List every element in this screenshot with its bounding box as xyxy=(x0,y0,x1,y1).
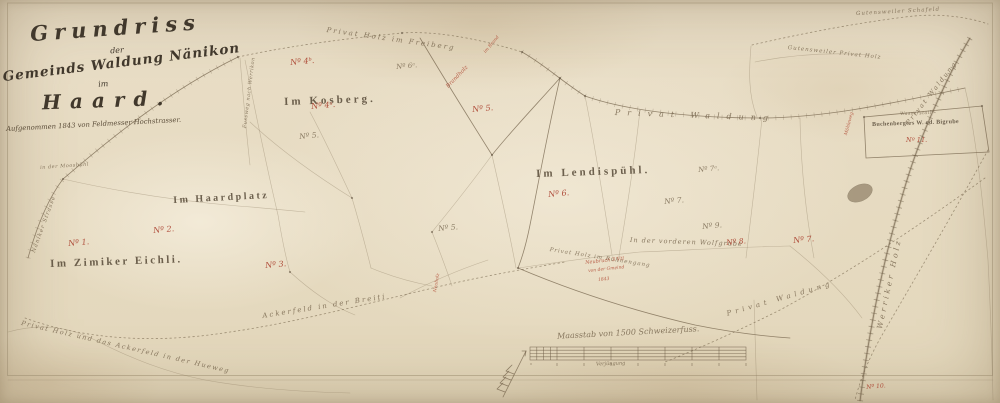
note-neubruch-3: 1843 xyxy=(598,278,610,284)
note-brand-upper: im Brand xyxy=(484,36,501,55)
road-label-gutensweiler-privat-holz: Gutensweiler Privat Holz xyxy=(787,46,881,61)
note-brandholz: Brandholz xyxy=(446,65,470,89)
parcel-number-4b: Nº 4ᵇ. xyxy=(290,57,315,67)
labels-layer: Im Kosberg.Im HaardplatzIm Lendispühl.Im… xyxy=(0,0,1000,403)
parcel-number-11: Nº 11. xyxy=(906,137,927,144)
parcel-number-7: Nº 7. xyxy=(664,196,684,205)
note-muhleweg: Mühleweg xyxy=(845,112,856,136)
road-label-breiti: Ackerfeld in der Breiti xyxy=(262,293,387,320)
parcel-number-5-red: Nº 5. xyxy=(472,104,494,114)
area-label-zimiker-eichli: Im Zimiker Eichli. xyxy=(50,254,183,270)
road-label-naniker-strasse: Näniker Strasse xyxy=(32,195,58,253)
parcel-number-4a: Nº 4ᵃ. xyxy=(311,101,336,111)
parcel-number-10: Nº 10. xyxy=(866,383,886,391)
parcel-number-1: Nº 1. xyxy=(68,238,90,248)
road-label-gutensweiler-schafeld: Gutensweiler Schafeld xyxy=(856,8,940,18)
parcel-number-6: Nº 6. xyxy=(548,189,570,199)
area-label-haardplatz: Im Haardplatz xyxy=(173,191,270,206)
parcel-number-7a: Nº 7ᵃ. xyxy=(698,165,719,174)
note-neubruch-2: von der Gmeind xyxy=(588,266,625,274)
road-label-freiberg: Privat Holz im Freiberg xyxy=(326,27,456,52)
parcel-number-9: Nº 9. xyxy=(702,221,722,230)
parcel-number-5a: Nº 5. xyxy=(299,131,319,140)
parcel-number-3: Nº 3. xyxy=(265,260,287,270)
parcel-number-7-red: Nº 7. xyxy=(793,235,815,245)
parcel-number-6a: Nº 6ᵃ. xyxy=(396,62,417,71)
road-label-fussweg: Fussweg nach Werrikon xyxy=(243,57,257,129)
area-label-bigrube: Buchenbergers W. od. Bigrube xyxy=(872,119,959,128)
parcel-number-5b: Nº 5. xyxy=(438,223,458,232)
area-label-lendispuhl: Im Lendispühl. xyxy=(536,165,650,180)
note-neubruch-1: Neubruch 3 Vtl xyxy=(585,257,624,266)
parcel-number-2: Nº 2. xyxy=(153,225,175,235)
road-label-hueweg: Privat Holz und das Ackerfeld in der Hue… xyxy=(21,320,231,374)
road-label-moosbuhl: in der Moosbühl xyxy=(40,163,89,171)
note-neuholz: Neuholz xyxy=(434,273,442,292)
map-sheet: Grundriss der Gemeinds Waldung Nänikon i… xyxy=(0,0,1000,403)
road-label-werriker-holz: Werriker Holz xyxy=(876,238,903,330)
road-label-privat-waldung-right: Privat Waldung xyxy=(905,60,958,126)
parcel-number-8: Nº 8. xyxy=(726,237,746,246)
road-label-privat-waldung-bottom: Privat Waldung xyxy=(726,281,834,318)
road-label-privat-waldung-mid: Privat Waldung xyxy=(615,109,775,123)
